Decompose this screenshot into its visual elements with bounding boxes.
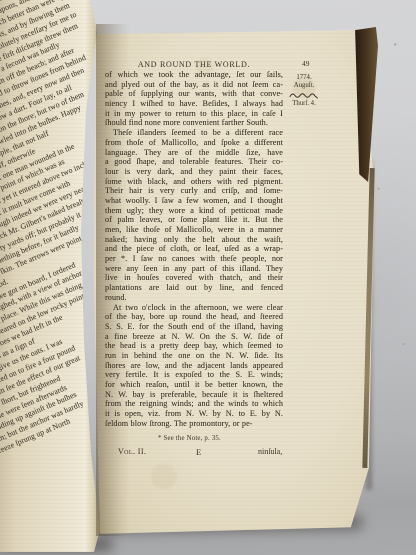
body-line: At two o'clock in the afternoon, we were… — [105, 303, 283, 313]
body-line: from the reigning winds; and the winds t… — [105, 399, 283, 409]
footer-catchword: ninſula, — [258, 447, 282, 456]
left-page-text: muſt now have takenweapons, and beganmuc… — [0, 0, 100, 552]
body-line: of palm leaves, or ſome plant like it. B… — [105, 215, 283, 225]
margin-note: 1774. Auguſt. Thurſ. 4. — [284, 74, 324, 107]
body-line: for which reaſon, until it be better kno… — [105, 380, 283, 390]
body-line: naked; having only the belt about the wa… — [105, 235, 283, 245]
body-line: Theſe iſlanders ſeemed to be a different… — [105, 128, 283, 138]
body-line: plantations are laid out by line, and fe… — [105, 283, 283, 293]
body-line: of the bay, bore up round the head, and … — [105, 312, 283, 322]
body-line: ſome with black, and others with red pig… — [105, 177, 283, 187]
body-line: and the piece of cloth, or leaf, uſed as… — [105, 244, 283, 254]
body-line: live in houſes covered with thatch, and … — [105, 273, 283, 283]
body-line: ſeldom blow ſtrong. The promontory, or p… — [105, 419, 283, 429]
body-line: Their hair is very curly and criſp, and … — [105, 186, 283, 196]
book-photo: muſt now have takenweapons, and beganmuc… — [0, 0, 416, 555]
margin-flourish-icon — [289, 91, 319, 100]
body-line: and plyed out of the bay, as it did not … — [105, 80, 283, 90]
footnote: * See the Note, p. 35. — [158, 435, 221, 442]
body-line: very fertile. It is expoſed to the S. E.… — [105, 370, 283, 380]
margin-note-day: Thurſ. 4. — [284, 100, 324, 108]
margin-note-year: 1774. — [284, 74, 324, 82]
body-line: from thoſe of Mallicollo, and ſpoke a di… — [105, 138, 283, 148]
body-line: a fine breeze at N. W. On the S. W. ſide… — [105, 332, 283, 342]
right-page: AND ROUND THE WORLD. 49 1774. Auguſt. Th… — [88, 26, 380, 538]
body-line: it is open, viz. from N. W. by N. to E. … — [105, 409, 283, 419]
body-line: what woolly. I ſaw a few women, and I th… — [105, 196, 283, 206]
body-line: language. They are of the middle ſize, h… — [105, 148, 283, 158]
running-header: AND ROUND THE WORLD. — [105, 60, 283, 69]
body-line: S. S. E. for the South end of the iſland… — [105, 322, 283, 332]
footer-signature: E — [196, 447, 201, 457]
body-line: ſhould find none more convenient farther… — [105, 118, 283, 128]
page-number: 49 — [302, 59, 324, 68]
body-line: of which we took the advantage, ſet our … — [105, 70, 283, 80]
body-line: run in behind the one on the N. W. ſide.… — [105, 351, 283, 361]
body-line: were any ſeen in any part of this iſland… — [105, 264, 283, 274]
body-line: lour is very dark, and they paint their … — [105, 167, 283, 177]
body-line: round. — [105, 293, 283, 303]
body-line: per *. I ſaw no canoes with theſe people… — [105, 254, 283, 264]
body-line: pable of ſupplying our wants, with that … — [105, 89, 283, 99]
body-line: a good ſhape, and tolerable features. Th… — [105, 157, 283, 167]
body-line: N. W. bay is preferable, becauſe it is ſ… — [105, 390, 283, 400]
body-text: of which we took the advantage, ſet our … — [105, 70, 283, 428]
body-line: ſhores are low, and the adjacent lands a… — [105, 361, 283, 371]
margin-note-month: Auguſt. — [284, 82, 324, 90]
body-line: it in my power to return to this place, … — [105, 109, 283, 119]
footer-volume: Vol. II. — [118, 447, 146, 456]
left-page: muſt now have takenweapons, and beganmuc… — [0, 0, 100, 552]
body-line: the head is a pretty deep bay, which ſee… — [105, 341, 283, 351]
body-line: niency I wiſhed to have. Beſides, I alwa… — [105, 99, 283, 109]
body-line: them ugly; they wore a kind of petticoat… — [105, 206, 283, 216]
body-line: men, like thoſe of Mallicollo, were in a… — [105, 225, 283, 235]
